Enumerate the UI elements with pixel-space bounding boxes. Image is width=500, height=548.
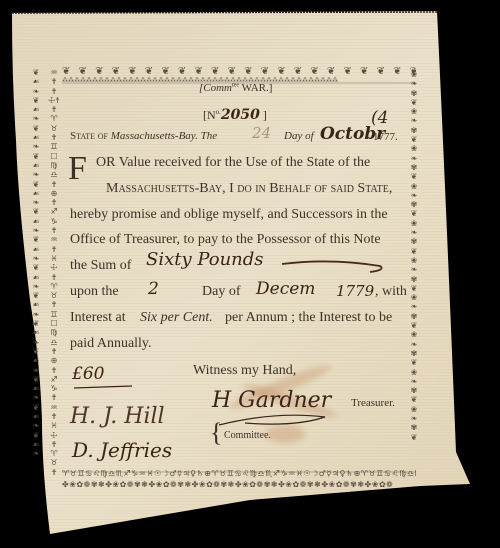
due-day: 2 xyxy=(148,279,159,299)
interest-rate: Six per Cent. xyxy=(140,310,213,326)
body-line-8: paid Annually. xyxy=(70,336,152,352)
left-ornament-column: ♒✝✝☩☨✝♈♉✝♊☐♍♎✝⊕✝♐♑✝♒✝♓☩✝♈♉✝♊☐♍♎✝⊕✝♐♑✝♒✝♓… xyxy=(48,68,60,478)
drop-cap: F xyxy=(68,152,87,186)
day-of-label: Day of xyxy=(284,130,314,142)
due-month: Decem xyxy=(256,279,315,299)
document-content: ❦ ❦ ❦ ❦ ❦ ❦ ❦ ❦ ❦ ❦ ❦ ❦ ❦ ❦ ❦ ❦ ❦ ❦ ❦ ❦ … xyxy=(0,0,500,548)
sum-flourish xyxy=(280,256,390,276)
committee-signature-1: H. J. Hill xyxy=(70,404,165,429)
bottom-ornament-row-1: ♈♉♊♋♌♍♎♏♐♑♒♓☉☽♂☿♃♀♄⊕♈♉♊♋♌♍♎♏♐♑♒♓☉☽♂☿♃♀♄⊕… xyxy=(62,469,416,478)
top-ornament-row: ❦ ❦ ❦ ❦ ❦ ❦ ❦ ❦ ❦ ❦ ❦ ❦ ❦ ❦ ❦ ❦ ❦ ❦ ❦ ❦ … xyxy=(62,66,416,77)
body-line-3: hereby promise and oblige myself, and Su… xyxy=(70,207,388,223)
note-number: [No.2050 ] xyxy=(203,107,267,123)
body-line-4: Office of Treasurer, to pay to the Posse… xyxy=(70,232,381,248)
issue-day: 24 xyxy=(252,124,271,142)
treasurer-label: Treasurer. xyxy=(351,397,395,409)
amount-underline xyxy=(72,380,142,394)
left-outer-ornament-column: ❦☙❧❦☙❧❦☙❧❦☙❧❦☙❧❦☙❧❦☙❧❦☙❧❦☙❧❦☙❧❦☙❧❦☙❧❦☙❧❦… xyxy=(30,68,42,478)
document-photo: ❦ ❦ ❦ ❦ ❦ ❦ ❦ ❦ ❦ ❦ ❦ ❦ ❦ ❦ ❦ ❦ ❦ ❦ ❦ ❦ … xyxy=(0,0,500,548)
issue-year: 1777. xyxy=(373,131,398,143)
interest-suffix: per Annum ; the Interest to be xyxy=(225,310,392,326)
committee-header: [Commtee WAR.] xyxy=(199,82,272,94)
sum-label: the Sum of xyxy=(70,258,131,274)
committee-signature-2: D. Jeffries xyxy=(72,438,172,462)
body-line-1: OR Value received for the Use of the Sta… xyxy=(96,155,370,171)
note-number-value: 2050 xyxy=(221,107,260,123)
committee-brace: { xyxy=(210,420,222,446)
margin-annotation: (4 xyxy=(371,108,388,128)
sum-amount: Sixty Pounds xyxy=(146,249,264,270)
date-line: State of Massachusetts-Bay. The xyxy=(70,130,217,142)
right-ornament-column: ❀❧✾❦❀❧✾❦❀❧✾❦❀❧✾❦❀❧✾❦❀❧✾❦❀❧✾❦❀❧✾❦❀❧✾❦❀❧✾❦ xyxy=(408,70,420,470)
bottom-ornament-row-2: ✤❀✿❁✾❃✤❀✿❁✾❃✤❀✿❁✾❃✤❀✿❁✾❃✤❀✿❁✾❃✤❀✿❁✾❃✤❀✿❁… xyxy=(62,480,416,489)
due-suffix: , with xyxy=(375,284,407,300)
body-line-2: Massachusetts-Bay, I do in Behalf of sai… xyxy=(106,181,392,197)
interest-label: Interest at xyxy=(70,310,126,326)
due-label: upon the xyxy=(70,284,119,300)
due-year: 1779 xyxy=(336,282,374,300)
committee-label: Committee. xyxy=(224,430,271,441)
witness-text: Witness my Hand, xyxy=(193,363,296,379)
due-day-of-label: Day of xyxy=(202,284,241,300)
